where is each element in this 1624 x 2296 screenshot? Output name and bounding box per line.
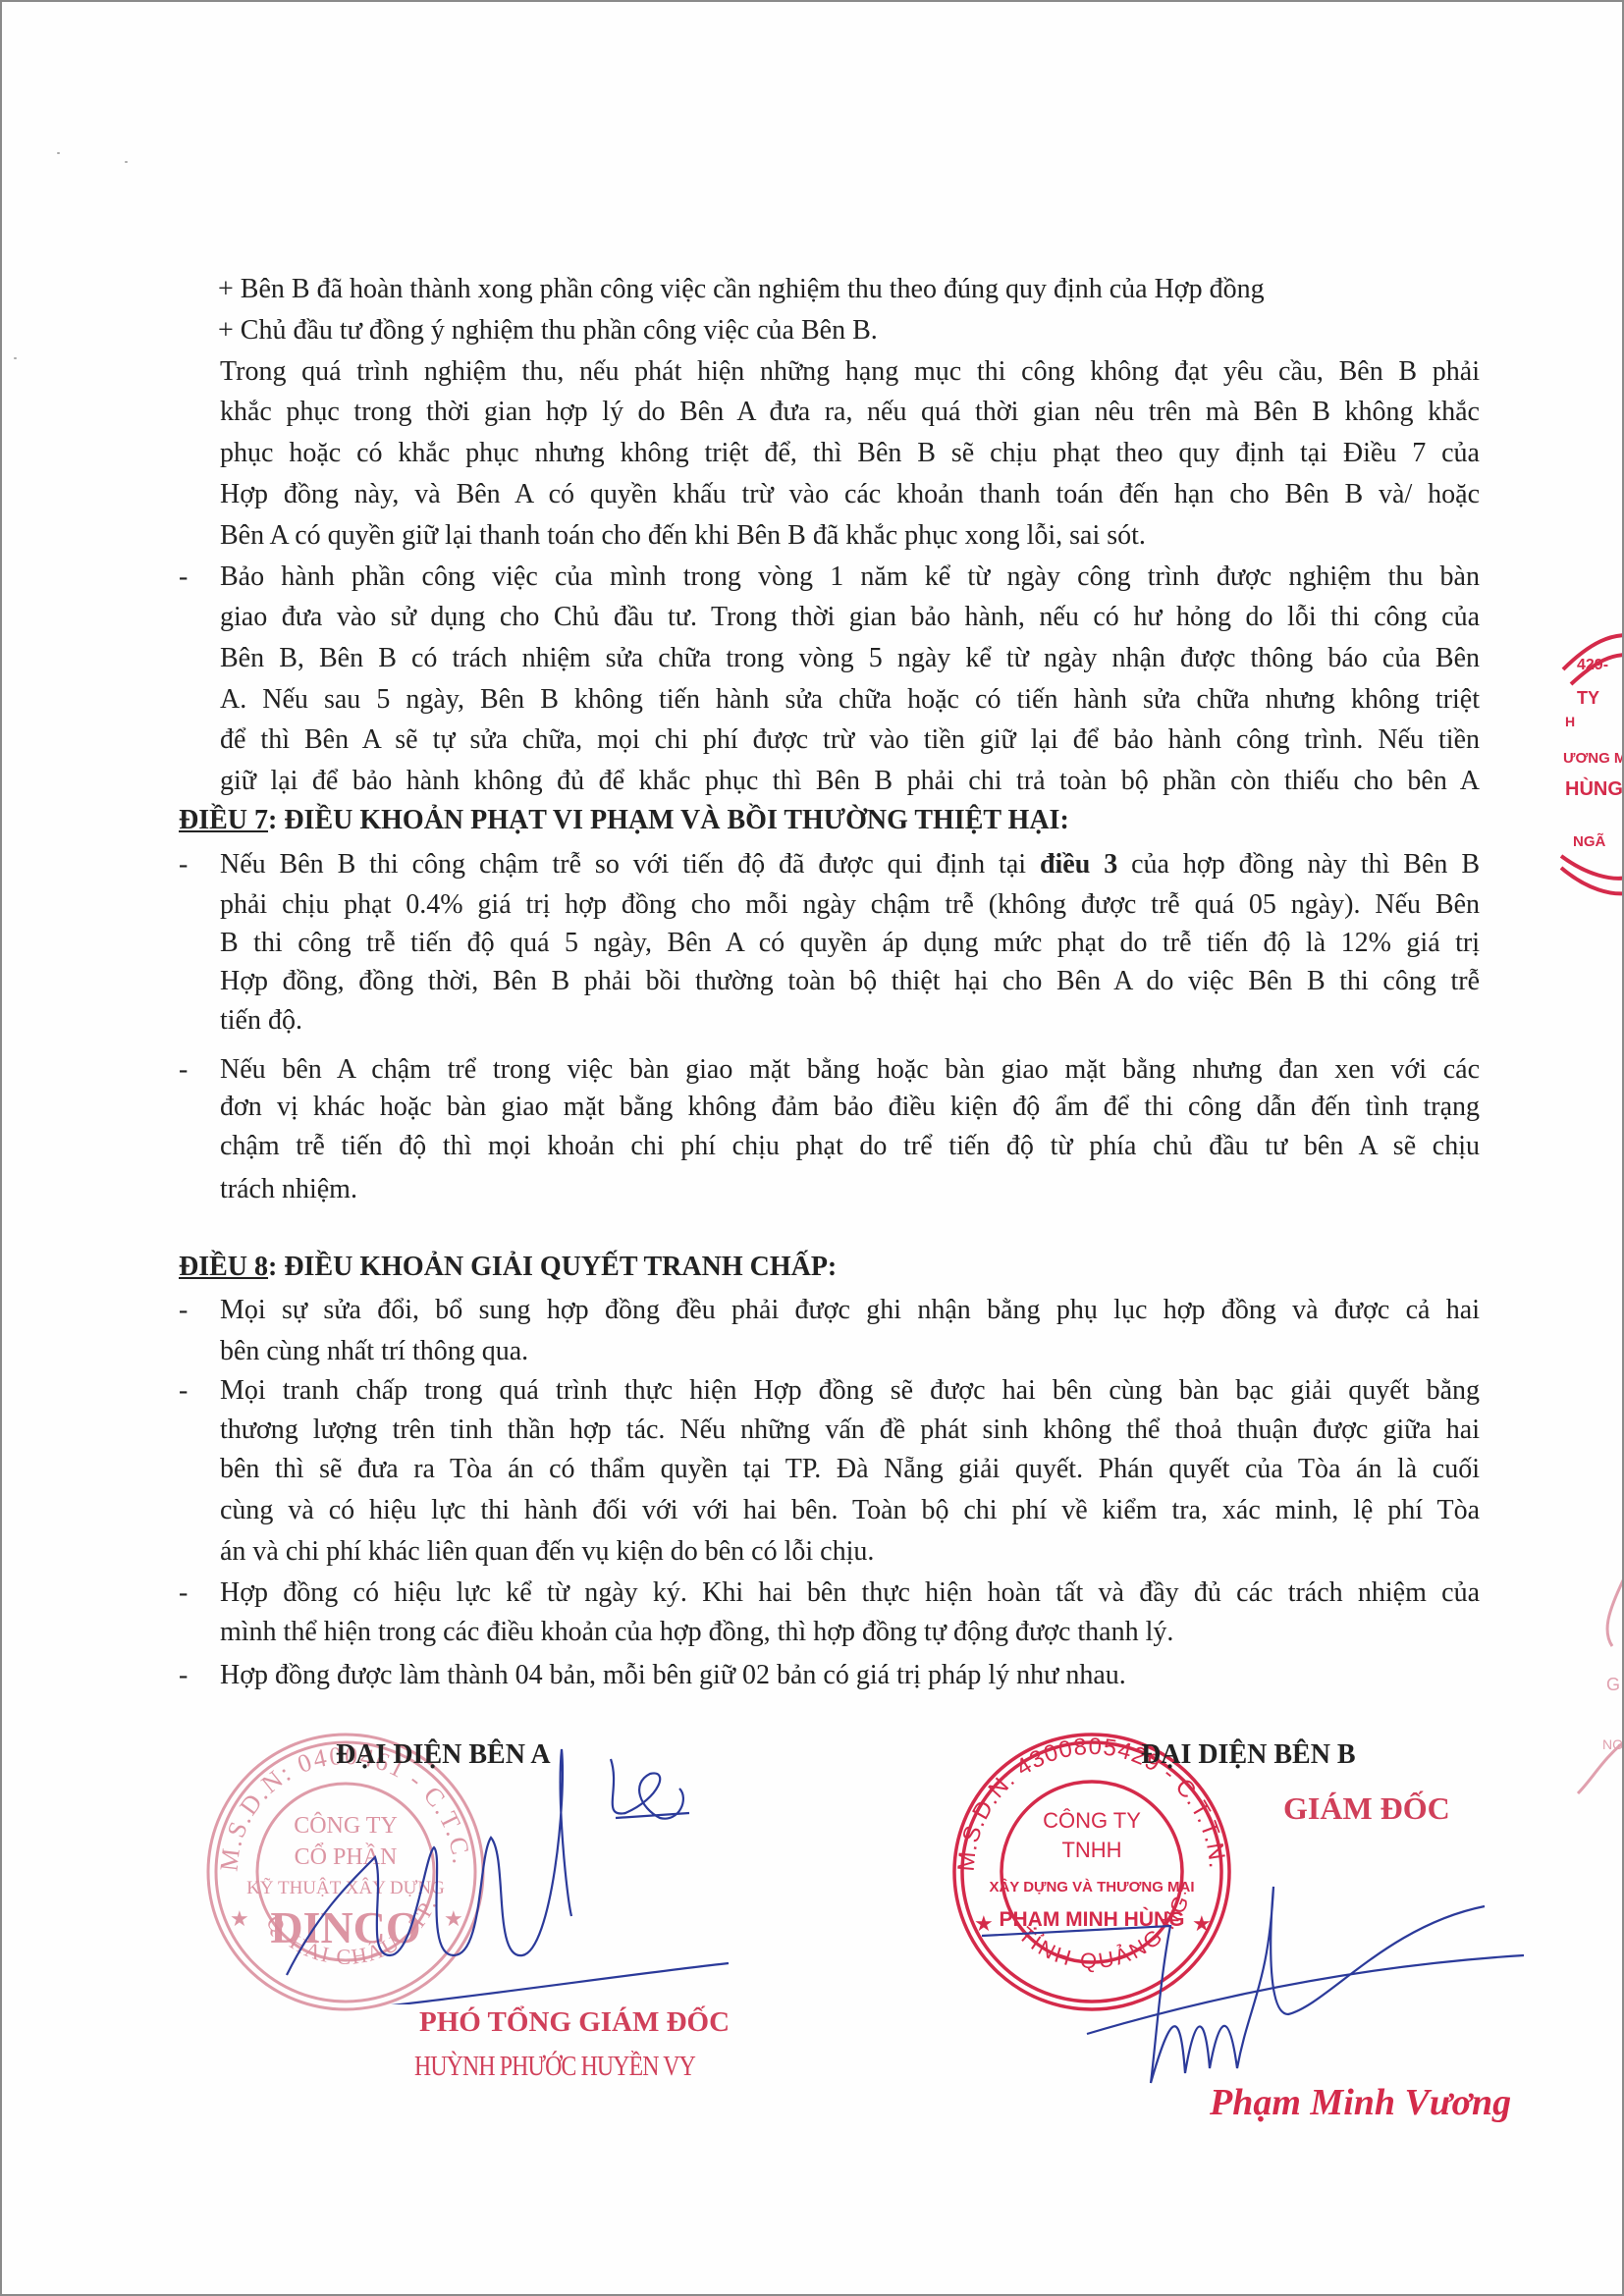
bullet-dash: -	[179, 1374, 188, 1408]
party-b-name: Phạm Minh Vương	[1210, 2081, 1511, 2124]
party-b-heading: ĐẠI DIỆN BÊN B	[1141, 1739, 1356, 1771]
paragraph-line: bên cùng nhất trí thông qua.	[220, 1335, 528, 1368]
svg-text:HÙNG: HÙNG	[1565, 776, 1622, 800]
paragraph-line: A. Nếu sau 5 ngày, Bên B không tiến hành…	[220, 683, 1480, 717]
paragraph-line: Hợp đồng được làm thành 04 bản, mỗi bên …	[220, 1659, 1126, 1692]
paragraph-line: bên thì sẽ đưa ra Tòa án có thẩm quyền t…	[220, 1453, 1480, 1486]
paragraph-line: phải chịu phạt 0.4% giá trị hợp đồng cho…	[220, 888, 1480, 922]
document-page: + Bên B đã hoàn thành xong phần công việ…	[0, 0, 1624, 2296]
paragraph-line: Nếu Bên B thi công chậm trễ so với tiến …	[220, 848, 1480, 881]
paragraph-line: Nếu bên A chậm trể trong việc bàn giao m…	[220, 1053, 1480, 1087]
paragraph-line: trách nhiệm.	[220, 1173, 357, 1206]
svg-text:NG: NG	[1602, 1736, 1622, 1752]
article-8-title: : ĐIỀU KHOẢN GIẢI QUYẾT TRANH CHẤP:	[268, 1252, 837, 1282]
paragraph-line: chậm trễ tiến độ thì mọi khoản chi phí c…	[220, 1130, 1480, 1163]
article-7-number: ĐIỀU 7	[179, 805, 268, 835]
scan-speck	[57, 152, 60, 154]
edge-stamp-fragment-upper: 429- TY H ƯƠNG M HÙNG NGÃ	[1534, 611, 1622, 905]
article-7-title: : ĐIỀU KHOẢN PHẠT VI PHẠM VÀ BỒI THƯỜNG …	[268, 805, 1069, 835]
paragraph-line: Mọi tranh chấp trong quá trình thực hiện…	[220, 1374, 1480, 1408]
svg-text:H: H	[1565, 714, 1575, 729]
bullet-dash: -	[179, 848, 188, 881]
paragraph-line: cùng và có hiệu lực thi hành đối với với…	[220, 1494, 1480, 1527]
bullet-dash: -	[179, 561, 188, 594]
intro-line: + Chủ đầu tư đồng ý nghiệm thu phần công…	[218, 314, 878, 347]
paragraph-line: Bên B, Bên B có trách nhiệm sửa chữa tro…	[220, 642, 1480, 675]
article-7-heading: ĐIỀU 7: ĐIỀU KHOẢN PHẠT VI PHẠM VÀ BỒI T…	[179, 804, 1069, 837]
paragraph-line: để thì Bên A sẽ tự sửa chữa, mọi chi phí…	[220, 723, 1480, 757]
paragraph-line: Bên A có quyền giữ lại thanh toán cho đế…	[220, 519, 1146, 553]
paragraph-line: đơn vị khác hoặc bàn giao mặt bằng không…	[220, 1091, 1480, 1124]
party-b-signature	[974, 1847, 1524, 2103]
scan-speck	[14, 357, 17, 359]
paragraph-line: khắc phục trong thời gian hợp lý do Bên …	[220, 396, 1480, 429]
paragraph-line: mình thể hiện trong các điều khoản của h…	[220, 1616, 1173, 1649]
bullet-dash: -	[179, 1576, 188, 1610]
bullet-dash: -	[179, 1294, 188, 1327]
party-a-signature	[228, 1739, 738, 2004]
edge-stamp-fragment-lower: G NG	[1534, 1553, 1622, 1828]
paragraph-line: Hợp đồng, đồng thời, Bên B phải bồi thườ…	[220, 965, 1480, 998]
bullet-dash: -	[179, 1659, 188, 1692]
paragraph-line: Trong quá trình nghiệm thu, nếu phát hiệ…	[220, 355, 1480, 389]
party-a-title: PHÓ TỔNG GIÁM ĐỐC	[419, 2006, 730, 2039]
party-b-title: GIÁM ĐỐC	[1283, 1790, 1450, 1827]
article-8-heading: ĐIỀU 8: ĐIỀU KHOẢN GIẢI QUYẾT TRANH CHẤP…	[179, 1251, 837, 1284]
svg-text:G: G	[1606, 1675, 1620, 1694]
paragraph-line: Mọi sự sửa đổi, bổ sung hợp đồng đều phả…	[220, 1294, 1480, 1327]
bullet-dash: -	[179, 1053, 188, 1087]
paragraph-line: thương lượng trên tinh thần hợp tác. Nếu…	[220, 1414, 1480, 1447]
paragraph-line: Bảo hành phần công việc của mình trong v…	[220, 561, 1480, 594]
svg-text:ƯƠNG M: ƯƠNG M	[1563, 750, 1622, 767]
paragraph-line: phục hoặc có khắc phục nhưng không triệt…	[220, 437, 1480, 470]
paragraph-line: Hợp đồng có hiệu lực kể từ ngày ký. Khi …	[220, 1576, 1480, 1610]
svg-text:TY: TY	[1577, 688, 1599, 708]
party-a-name: HUỲNH PHƯỚC HUYỀN VY	[414, 2052, 695, 2083]
svg-text:429-: 429-	[1577, 657, 1608, 673]
paragraph-line: án và chi phí khác liên quan đến vụ kiện…	[220, 1535, 874, 1569]
svg-text:NGÃ: NGÃ	[1573, 832, 1606, 850]
intro-line: + Bên B đã hoàn thành xong phần công việ…	[218, 273, 1265, 306]
paragraph-line: tiến độ.	[220, 1004, 302, 1038]
scan-speck	[125, 161, 128, 163]
paragraph-line: B thi công trễ tiến độ quá 5 ngày, Bên A…	[220, 927, 1480, 960]
paragraph-line: giữ lại để bảo hành không đủ để khắc phụ…	[220, 765, 1480, 798]
article-8-number: ĐIỀU 8	[179, 1252, 268, 1282]
paragraph-line: Hợp đồng này, và Bên A có quyền khấu trừ…	[220, 478, 1480, 511]
paragraph-line: giao đưa vào sử dụng cho Chủ đầu tư. Tro…	[220, 601, 1480, 634]
bold-reference: điều 3	[1040, 849, 1117, 880]
svg-text:CÔNG TY: CÔNG TY	[1043, 1808, 1141, 1833]
